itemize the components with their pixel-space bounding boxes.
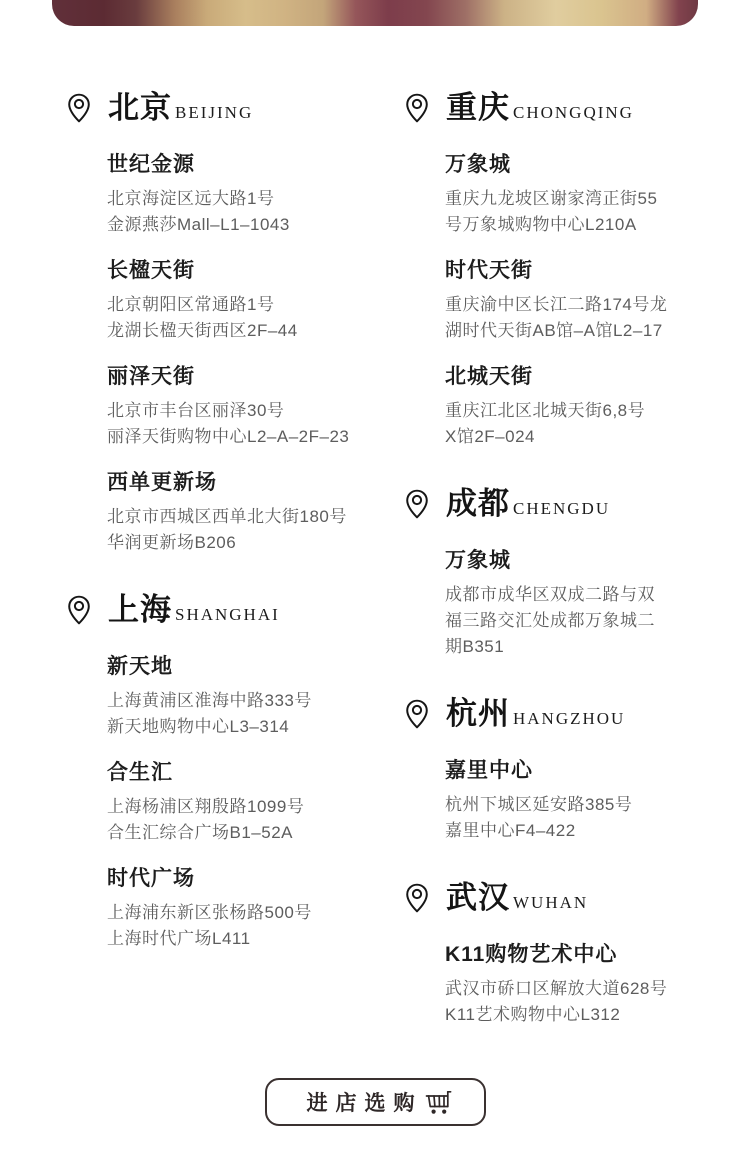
store-address-line: 嘉里中心F4–422 — [445, 818, 722, 844]
city-section-chongqing: 重庆 CHONGQING 万象城 重庆九龙坡区谢家湾正街55 号万象城购物中心L… — [400, 88, 722, 450]
location-pin-icon — [62, 91, 96, 125]
store-name: 世纪金源 — [107, 150, 400, 180]
city-header: 成都 CHENGDU — [400, 484, 722, 524]
store-item: 万象城 重庆九龙坡区谢家湾正街55 号万象城购物中心L210A — [445, 150, 722, 238]
city-header: 武汉 WUHAN — [400, 878, 722, 918]
city-header: 北京 BEIJING — [62, 88, 400, 128]
city-name: 北京 — [108, 90, 172, 126]
store-item: 万象城 成都市成华区双成二路与双 福三路交汇处成都万象城二 期B351 — [445, 546, 722, 660]
store-columns: 北京 BEIJING 世纪金源 北京海淀区远大路1号 金源燕莎Mall–L1–1… — [0, 26, 750, 1028]
right-column: 重庆 CHONGQING 万象城 重庆九龙坡区谢家湾正街55 号万象城购物中心L… — [400, 88, 722, 1028]
store-item: 嘉里中心 杭州下城区延安路385号 嘉里中心F4–422 — [445, 756, 722, 844]
store-address-line: 龙湖长楹天街西区2F–44 — [107, 318, 400, 344]
city-header: 杭州 HANGZHOU — [400, 694, 722, 734]
store-item: 丽泽天街 北京市丰台区丽泽30号 丽泽天街购物中心L2–A–2F–23 — [107, 362, 400, 450]
city-name-en: CHENGDU — [513, 499, 610, 519]
store-name: 嘉里中心 — [445, 756, 722, 786]
store-item: K11购物艺术中心 武汉市硚口区解放大道628号 K11艺术购物中心L312 — [445, 940, 722, 1028]
footer: 进店选购 — [0, 1078, 750, 1126]
city-header: 上海 SHANGHAI — [62, 590, 400, 630]
location-pin-icon — [400, 881, 434, 915]
store-address-line: 上海浦东新区张杨路500号 — [107, 900, 400, 926]
store-address-line: 上海时代广场L411 — [107, 926, 400, 952]
store-item: 时代广场 上海浦东新区张杨路500号 上海时代广场L411 — [107, 864, 400, 952]
store-address-line: 金源燕莎Mall–L1–1043 — [107, 212, 400, 238]
store-address-line: K11艺术购物中心L312 — [445, 1002, 722, 1028]
city-name: 重庆 — [446, 90, 510, 126]
store-address-line: 福三路交汇处成都万象城二 — [445, 608, 722, 634]
store-address-line: X馆2F–024 — [445, 424, 722, 450]
store-address-line: 期B351 — [445, 634, 722, 660]
city-section-beijing: 北京 BEIJING 世纪金源 北京海淀区远大路1号 金源燕莎Mall–L1–1… — [62, 88, 400, 556]
store-address-line: 北京市西城区西单北大街180号 — [107, 504, 400, 530]
store-name: 长楹天街 — [107, 256, 400, 286]
store-item: 北城天街 重庆江北区北城天街6,8号 X馆2F–024 — [445, 362, 722, 450]
city-section-wuhan: 武汉 WUHAN K11购物艺术中心 武汉市硚口区解放大道628号 K11艺术购… — [400, 878, 722, 1028]
store-item: 时代天街 重庆渝中区长江二路174号龙 湖时代天街AB馆–A馆L2–17 — [445, 256, 722, 344]
store-item: 世纪金源 北京海淀区远大路1号 金源燕莎Mall–L1–1043 — [107, 150, 400, 238]
city-section-shanghai: 上海 SHANGHAI 新天地 上海黄浦区淮海中路333号 新天地购物中心L3–… — [62, 590, 400, 952]
store-name: 西单更新场 — [107, 468, 400, 498]
location-pin-icon — [62, 593, 96, 627]
city-name-en: BEIJING — [175, 103, 253, 123]
city-name: 成都 — [446, 486, 510, 522]
store-name: K11购物艺术中心 — [445, 940, 722, 970]
store-address-line: 新天地购物中心L3–314 — [107, 714, 400, 740]
store-name: 新天地 — [107, 652, 400, 682]
store-address-line: 重庆江北区北城天街6,8号 — [445, 398, 722, 424]
store-address-line: 重庆九龙坡区谢家湾正街55 — [445, 186, 722, 212]
store-name: 万象城 — [445, 546, 722, 576]
store-address-line: 北京海淀区远大路1号 — [107, 186, 400, 212]
city-name-en: HANGZHOU — [513, 709, 625, 729]
store-name: 万象城 — [445, 150, 722, 180]
store-address-line: 成都市成华区双成二路与双 — [445, 582, 722, 608]
city-section-chengdu: 成都 CHENGDU 万象城 成都市成华区双成二路与双 福三路交汇处成都万象城二… — [400, 484, 722, 660]
store-address-line: 号万象城购物中心L210A — [445, 212, 722, 238]
city-name: 上海 — [108, 592, 172, 628]
store-item: 长楹天街 北京朝阳区常通路1号 龙湖长楹天街西区2F–44 — [107, 256, 400, 344]
store-address-line: 重庆渝中区长江二路174号龙 — [445, 292, 722, 318]
enter-shop-button[interactable]: 进店选购 — [265, 1078, 486, 1126]
shop-button-label: 进店选购 — [307, 1087, 423, 1117]
store-list-page: 北京 BEIJING 世纪金源 北京海淀区远大路1号 金源燕莎Mall–L1–1… — [0, 0, 750, 1171]
store-name: 时代天街 — [445, 256, 722, 286]
city-name-en: SHANGHAI — [175, 605, 280, 625]
store-address-line: 杭州下城区延安路385号 — [445, 792, 722, 818]
location-pin-icon — [400, 91, 434, 125]
store-name: 时代广场 — [107, 864, 400, 894]
location-pin-icon — [400, 487, 434, 521]
store-item: 新天地 上海黄浦区淮海中路333号 新天地购物中心L3–314 — [107, 652, 400, 740]
store-address-line: 上海杨浦区翔殷路1099号 — [107, 794, 400, 820]
left-column: 北京 BEIJING 世纪金源 北京海淀区远大路1号 金源燕莎Mall–L1–1… — [62, 88, 400, 1028]
brand-banner-image — [52, 0, 698, 26]
city-name: 武汉 — [446, 880, 510, 916]
shopping-cart-icon — [425, 1090, 452, 1115]
location-pin-icon — [400, 697, 434, 731]
store-address-line: 北京市丰台区丽泽30号 — [107, 398, 400, 424]
store-address-line: 合生汇综合广场B1–52A — [107, 820, 400, 846]
store-address-line: 华润更新场B206 — [107, 530, 400, 556]
store-address-line: 上海黄浦区淮海中路333号 — [107, 688, 400, 714]
city-name-en: CHONGQING — [513, 103, 634, 123]
city-header: 重庆 CHONGQING — [400, 88, 722, 128]
store-name: 合生汇 — [107, 758, 400, 788]
city-name-en: WUHAN — [513, 893, 588, 913]
store-name: 北城天街 — [445, 362, 722, 392]
store-address-line: 丽泽天街购物中心L2–A–2F–23 — [107, 424, 400, 450]
store-address-line: 湖时代天街AB馆–A馆L2–17 — [445, 318, 722, 344]
store-item: 合生汇 上海杨浦区翔殷路1099号 合生汇综合广场B1–52A — [107, 758, 400, 846]
store-item: 西单更新场 北京市西城区西单北大街180号 华润更新场B206 — [107, 468, 400, 556]
store-address-line: 武汉市硚口区解放大道628号 — [445, 976, 722, 1002]
city-section-hangzhou: 杭州 HANGZHOU 嘉里中心 杭州下城区延安路385号 嘉里中心F4–422 — [400, 694, 722, 844]
city-name: 杭州 — [446, 696, 510, 732]
store-name: 丽泽天街 — [107, 362, 400, 392]
store-address-line: 北京朝阳区常通路1号 — [107, 292, 400, 318]
